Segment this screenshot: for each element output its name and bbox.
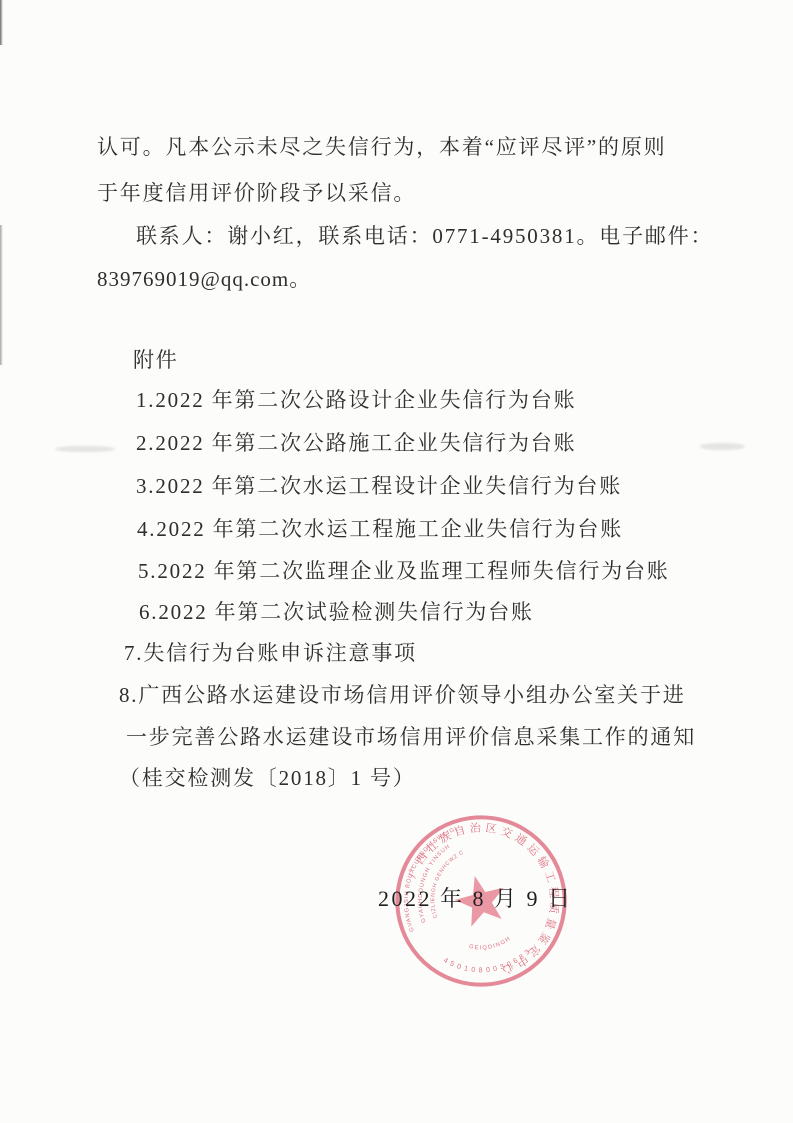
body-text-line: 认可。凡本公示未尽之失信行为，本着“应评尽评”的原则 (97, 131, 666, 161)
attachment-item: 5.2022 年第二次监理企业及监理工程师失信行为台账 (138, 555, 670, 585)
attachment-item: 3.2022 年第二次水运工程设计企业失信行为台账 (136, 470, 622, 500)
scan-smudge (55, 446, 115, 452)
attachment-item: 8.广西公路水运建设市场信用评价领导小组办公室关于进 (119, 679, 686, 709)
contact-info-line: 联系人：谢小红，联系电话：0771-4950381。电子邮件： (136, 220, 713, 250)
svg-text:GEIQDINGH: GEIQDINGH (467, 934, 514, 956)
attachment-item-continuation: （桂交检测发〔2018〕1 号） (119, 762, 416, 792)
seal-serial-number: 4501080030683 (441, 935, 537, 985)
document-date: 2022 年 8 月 9 日 (378, 882, 573, 913)
contact-email-line: 839769019@qq.com。 (97, 263, 311, 293)
attachment-item: 4.2022 年第二次水运工程施工企业失信行为台账 (137, 513, 623, 543)
scanned-document-page: 认可。凡本公示未尽之失信行为，本着“应评尽评”的原则 于年度信用评价阶段予以采信… (0, 0, 793, 1123)
seal-bottom-text: GEIQDINGH (467, 934, 514, 956)
scan-edge-artifact (0, 225, 3, 365)
attachment-item-continuation: 一步完善公路水运建设市场信用评价信息采集工作的通知 (126, 721, 696, 751)
attachment-item: 2.2022 年第二次公路施工企业失信行为台账 (136, 427, 576, 457)
attachment-item: 1.2022 年第二次公路设计企业失信行为台账 (136, 384, 576, 414)
attachment-item: 6.2022 年第二次试验检测失信行为台账 (139, 596, 534, 626)
attachment-item: 7.失信行为台账申诉注意事项 (124, 637, 417, 667)
attachments-heading: 附件 (133, 344, 179, 374)
scan-edge-artifact (0, 0, 3, 45)
body-text-line: 于年度信用评价阶段予以采信。 (97, 177, 416, 207)
svg-text:4501080030683: 4501080030683 (441, 935, 537, 985)
scan-smudge (700, 443, 745, 450)
